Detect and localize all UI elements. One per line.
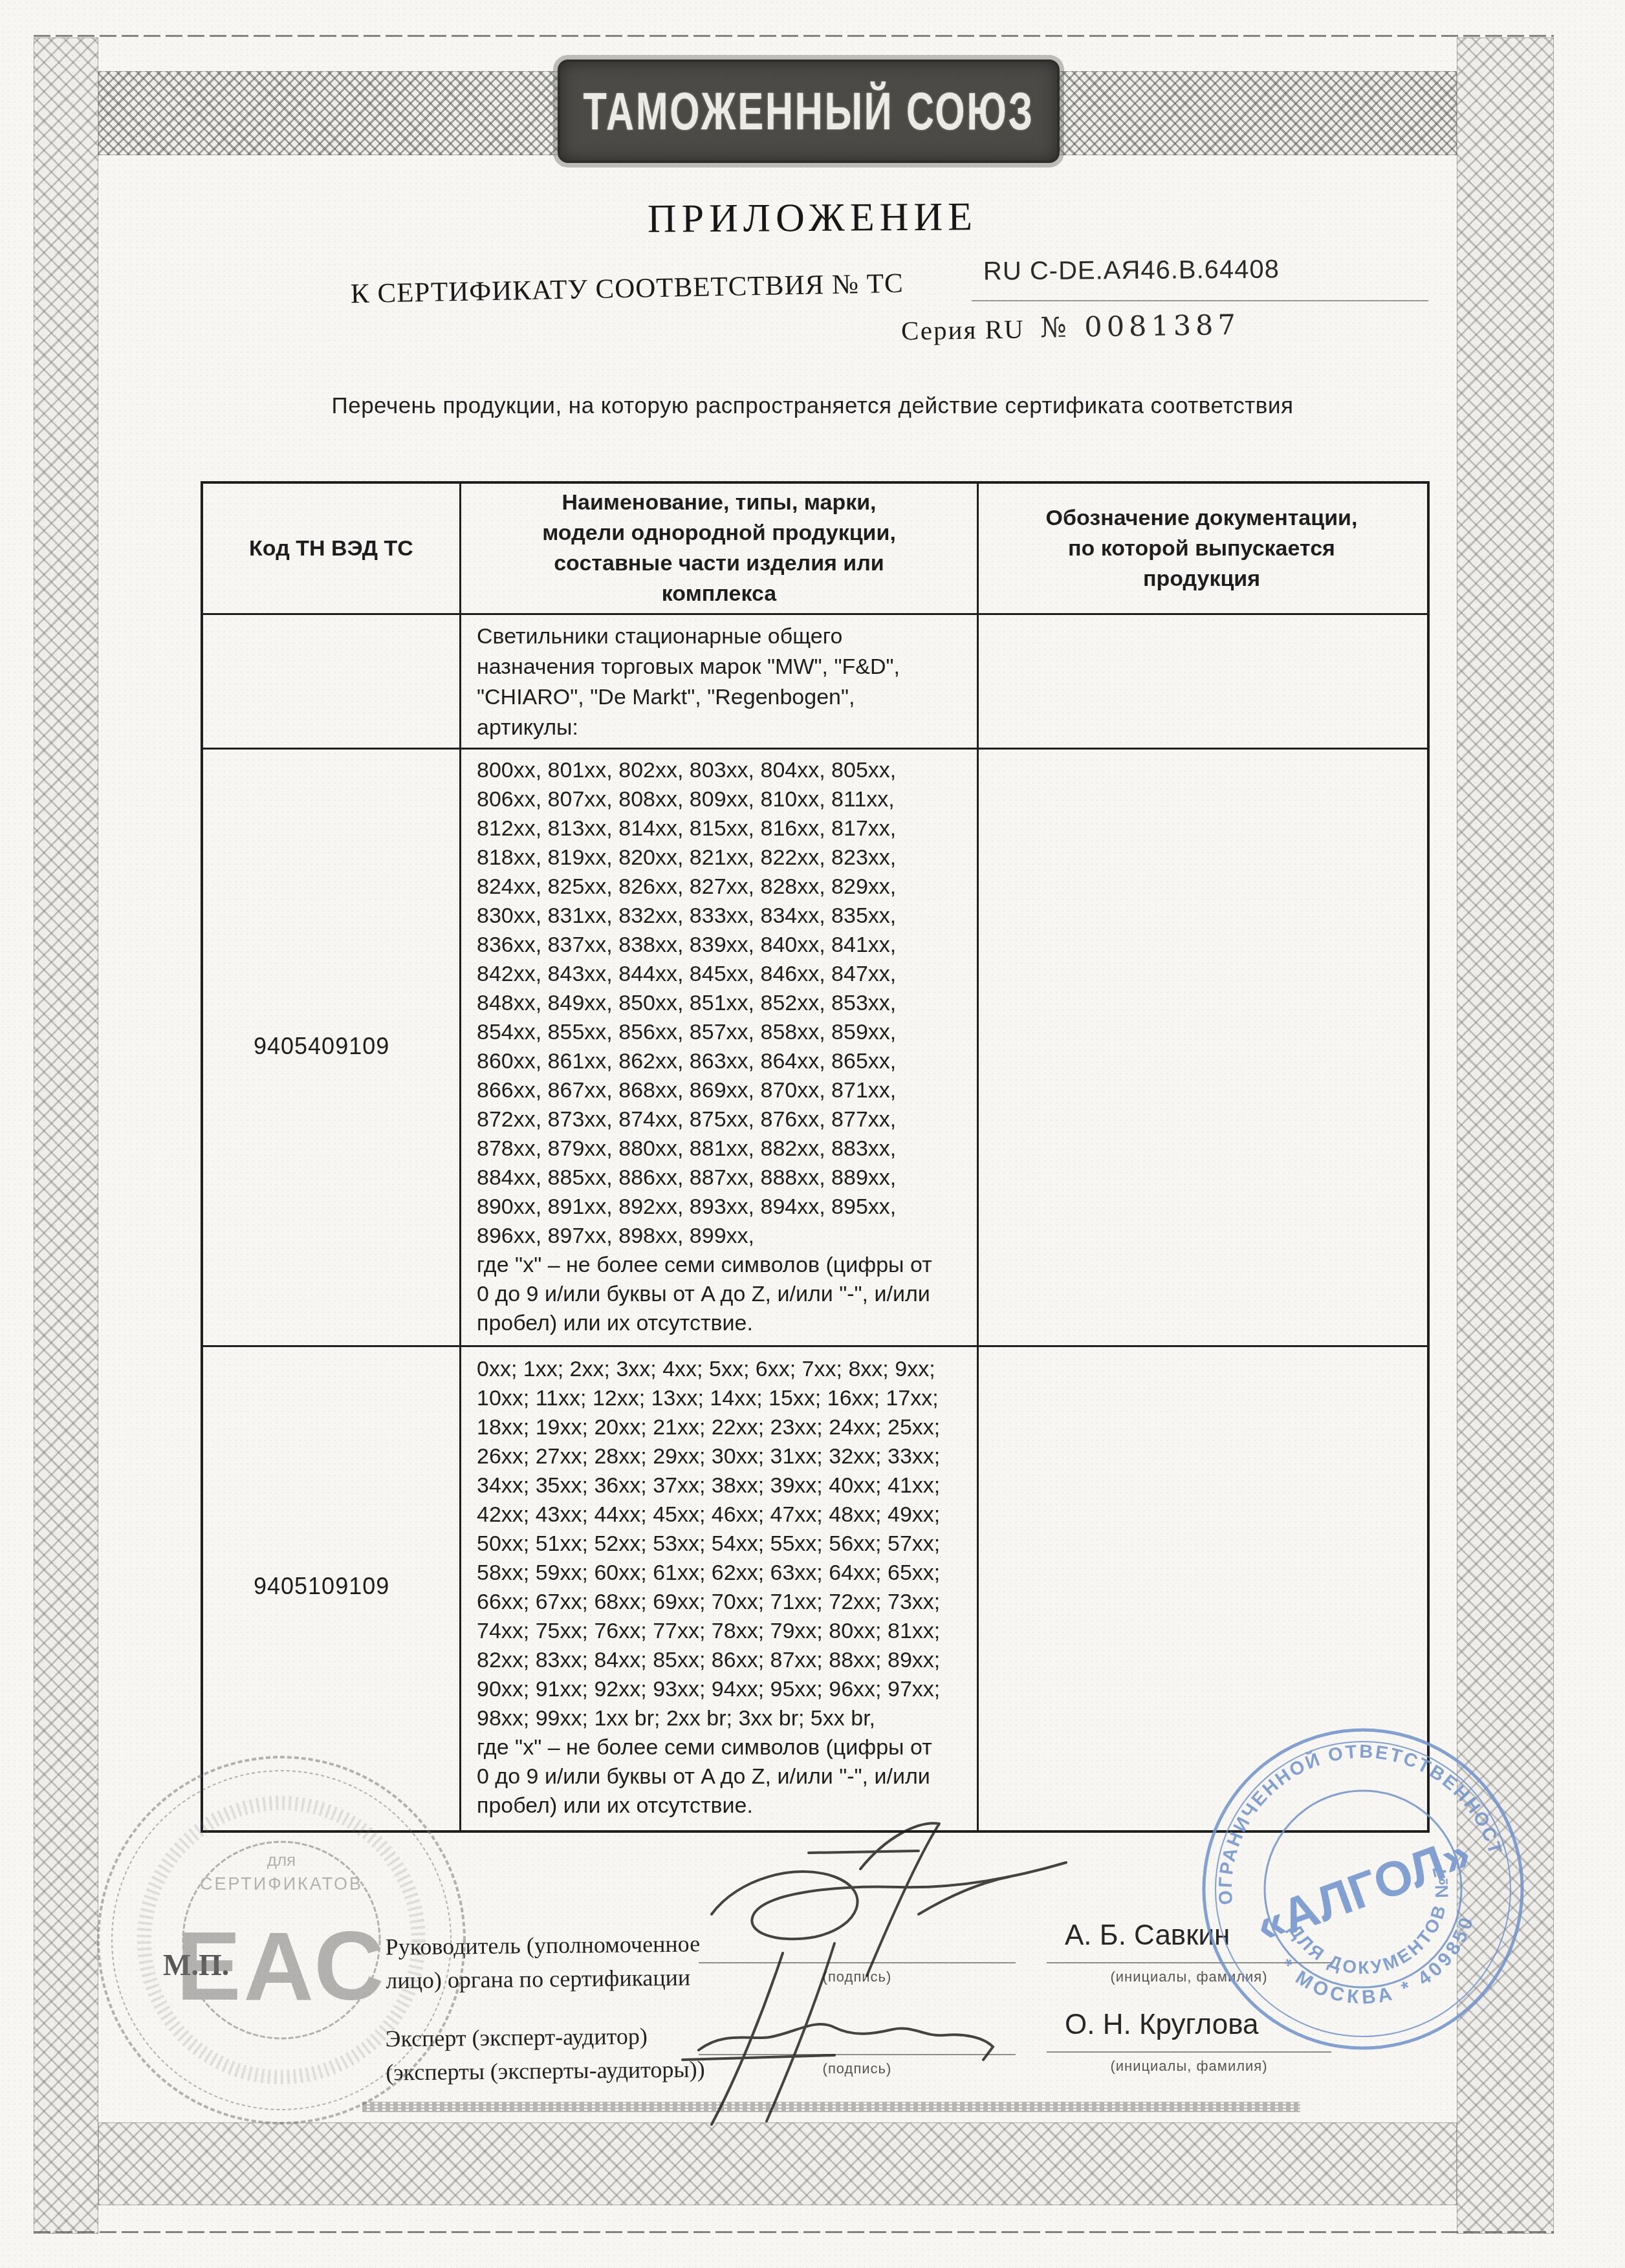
- table-row-description: 800xx, 801xx, 802xx, 803xx, 804xx, 805xx…: [461, 750, 976, 1345]
- frame-left-band: [34, 38, 98, 2234]
- signature-expert: [621, 1940, 1074, 2128]
- column-header-documentation: Обозначение документации, по которой вып…: [979, 484, 1424, 613]
- eac-stamp-center-label: ЕАС: [177, 1912, 387, 2020]
- eac-stamp-top-label: СЕРТИФИКАТОВ: [200, 1874, 363, 1894]
- frame-bottom-line: [34, 2231, 1554, 2233]
- intro-text: Перечень продукции, на которую распростр…: [133, 393, 1492, 419]
- algol-stamp-center-label: «АЛГОЛ»: [1249, 1826, 1478, 1954]
- table-row-code: 9405409109: [203, 750, 459, 1343]
- table-column-divider: [977, 484, 979, 1830]
- series-number: № 0081387: [1040, 309, 1241, 344]
- certificate-number-underline: [972, 300, 1428, 301]
- customs-union-banner: ТАМОЖЕННЫЙ СОЮЗ: [558, 59, 1060, 163]
- page-title: ПРИЛОЖЕНИЕ: [0, 189, 1625, 247]
- frame-top-line: [34, 35, 1554, 37]
- eac-stamp-small-label: для: [267, 1850, 296, 1870]
- table-row-description: 0xx; 1xx; 2xx; 3xx; 4xx; 5xx; 6xx; 7xx; …: [461, 1347, 976, 1828]
- products-table: Код ТН ВЭД ТС Наименование, типы, марки,…: [201, 481, 1430, 1833]
- certificate-subtitle: К СЕРТИФИКАТУ СООТВЕТСТВИЯ № ТС: [351, 268, 904, 310]
- eac-certification-stamp: для СЕРТИФИКАТОВ ЕАС: [91, 1746, 472, 2134]
- table-row-description: Светильники стационарные общего назначен…: [461, 615, 976, 751]
- certificate-number: RU C-DE.АЯ46.B.64408: [983, 255, 1280, 286]
- column-header-name: Наименование, типы, марки, модели одноро…: [461, 484, 977, 613]
- column-header-code: Код ТН ВЭД ТС: [203, 484, 459, 613]
- series-label: Серия RU: [901, 314, 1025, 347]
- frame-bottom-band: [98, 2122, 1457, 2205]
- customs-union-banner-label: ТАМОЖЕННЫЙ СОЮЗ: [583, 81, 1034, 142]
- algol-company-stamp: ОГРАНИЧЕННОЙ ОТВЕТСТВЕННОСТЬЮ ОГРН 11477…: [1198, 1724, 1528, 2054]
- name-caption: (инициалы, фамилия): [1047, 2058, 1331, 2075]
